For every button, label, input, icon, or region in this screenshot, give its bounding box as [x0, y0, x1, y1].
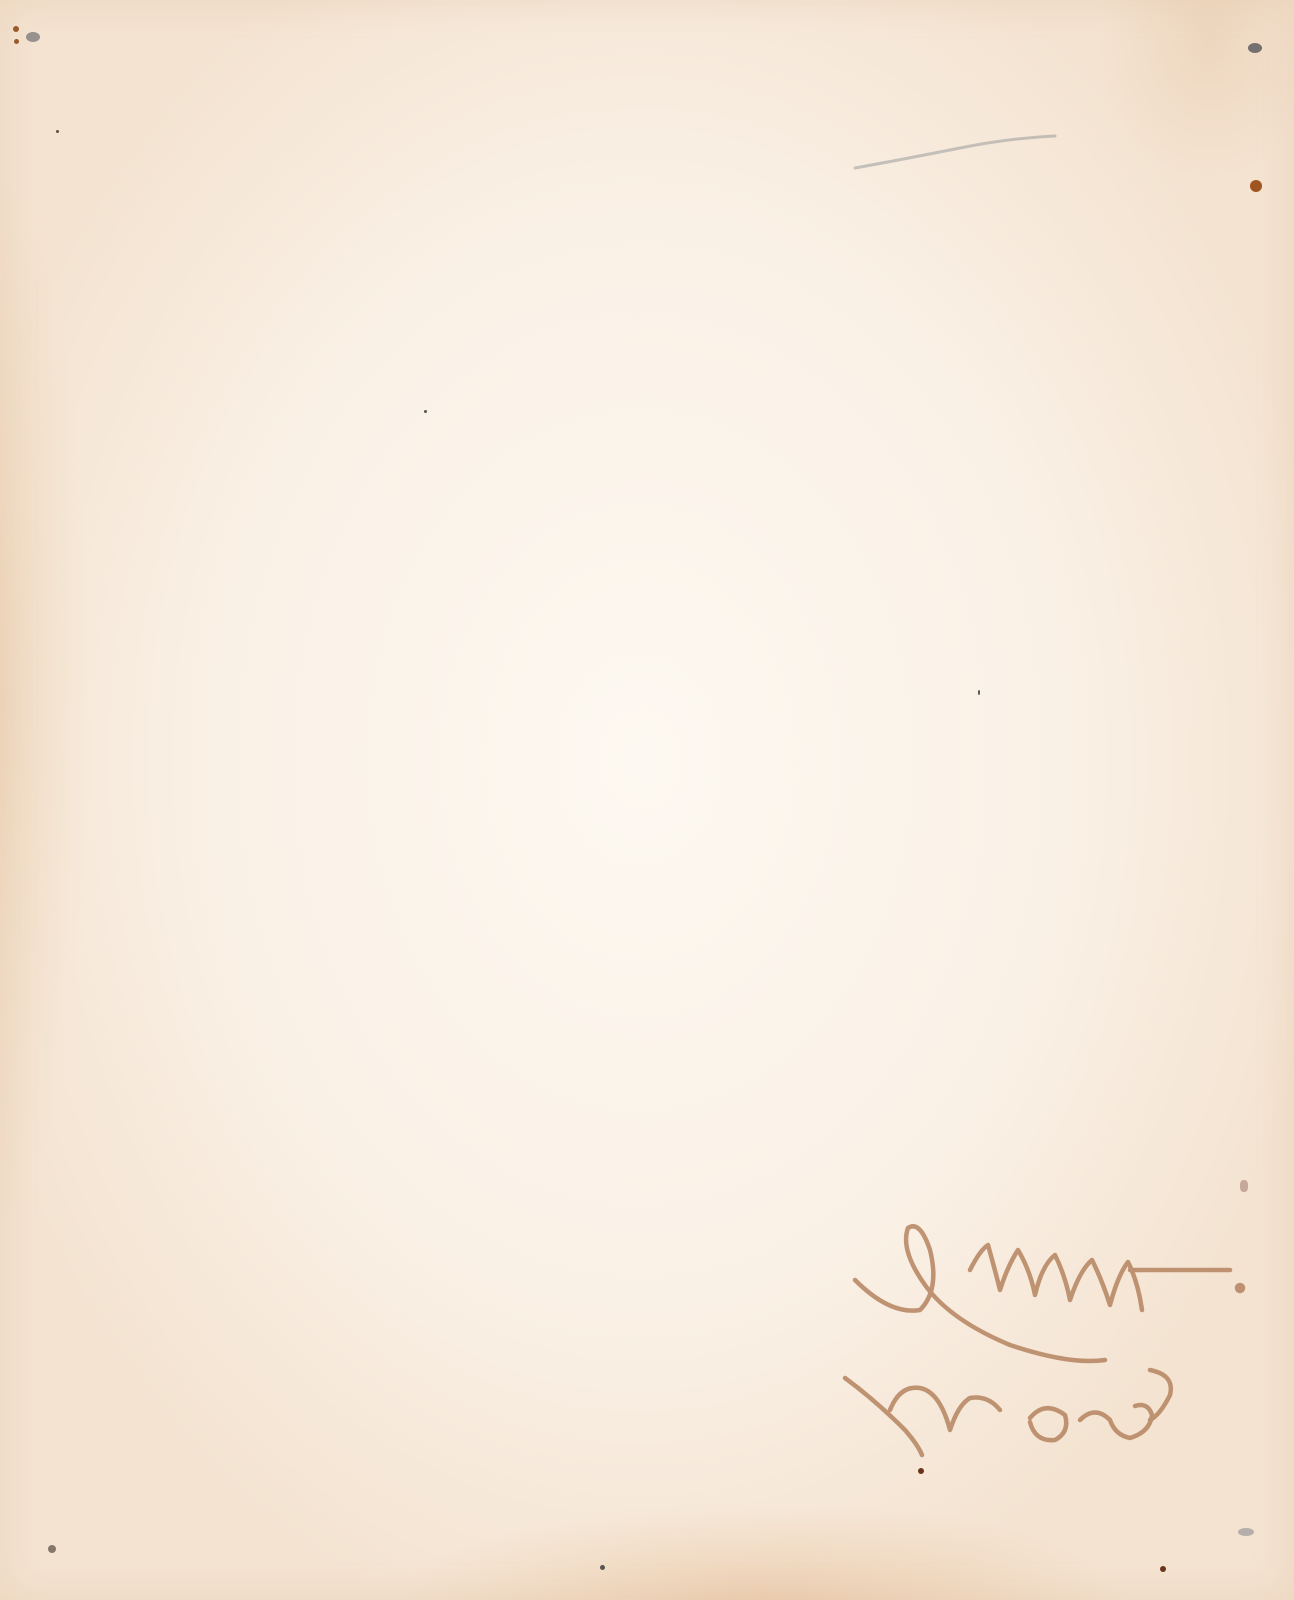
foxing-spot: [1250, 180, 1262, 192]
foxing-spot: [600, 1565, 605, 1570]
foxing-spot: [424, 410, 427, 413]
pin-hole-top-left: [26, 32, 40, 42]
foxing-spot: [978, 690, 980, 695]
foxing-spot: [13, 26, 19, 32]
aged-paper-scan: [0, 0, 1294, 1600]
pencil-mark: [850, 130, 1060, 180]
mirrored-handwriting: [830, 1170, 1250, 1470]
foxing-spot: [56, 130, 59, 133]
foxing-spot: [14, 39, 19, 44]
foxing-spot: [1160, 1566, 1166, 1572]
pin-hole-top-right: [1248, 43, 1262, 53]
pin-hole-bottom-right: [1238, 1528, 1254, 1536]
pin-hole-bottom-left: [48, 1545, 56, 1553]
